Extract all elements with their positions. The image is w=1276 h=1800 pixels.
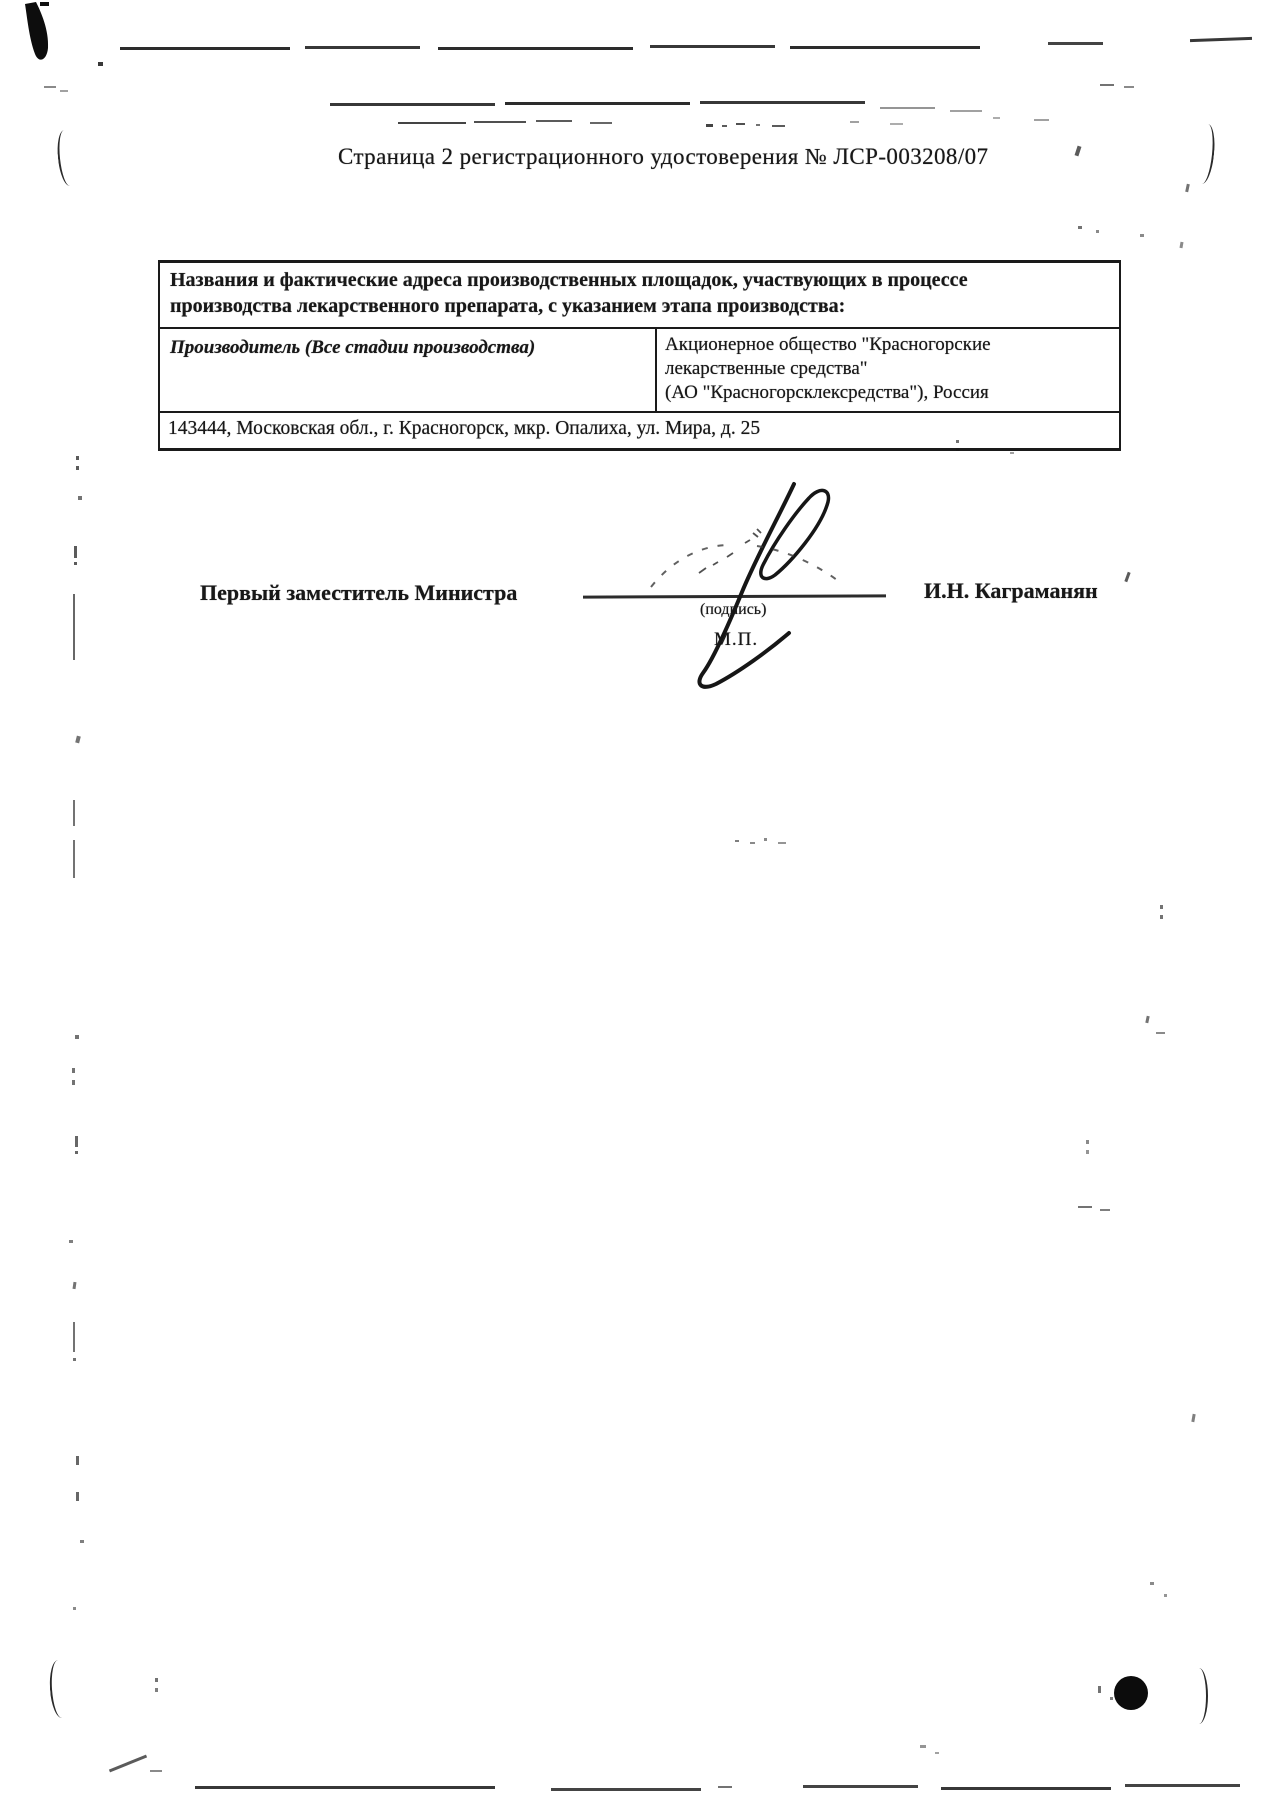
scan-speck: [1180, 242, 1184, 248]
scan-speck: [1160, 905, 1163, 909]
scan-speck: [1100, 84, 1114, 86]
signatory-role-label: Первый заместитель Министра: [200, 580, 517, 606]
scan-speck: [78, 496, 82, 500]
scan-corner-blob: [24, 2, 60, 68]
scan-speck: [880, 107, 935, 109]
scan-speck: [195, 1786, 495, 1789]
scan-speck: [305, 46, 420, 49]
scan-speck: [950, 110, 982, 112]
scan-speck: [1156, 1032, 1165, 1034]
scan-speck: [1078, 1206, 1092, 1208]
scan-speck: [1164, 1594, 1167, 1597]
scan-speck: [73, 1282, 77, 1289]
scan-speck: [706, 124, 713, 127]
scan-speck: [75, 1136, 78, 1147]
scan-speck: [956, 440, 959, 443]
scan-speck: [120, 47, 290, 50]
scan-speck: [1145, 1016, 1149, 1023]
scan-speck: [1075, 146, 1082, 157]
scan-speck: [736, 123, 745, 125]
scan-speck: [935, 1752, 939, 1754]
page-title: Страница 2 регистрационного удостоверени…: [338, 144, 988, 170]
scan-speck: [941, 1787, 1111, 1790]
scan-speck: [75, 736, 81, 744]
scan-speck: [1190, 37, 1252, 42]
table-header: Названия и фактические адреса производст…: [160, 263, 1119, 329]
scan-speck: [1086, 1140, 1089, 1144]
signatory-name: И.Н. Каграманян: [924, 578, 1098, 604]
scan-speck: [109, 1755, 147, 1773]
scan-speck: [993, 117, 1000, 119]
scan-speck: [1140, 234, 1144, 237]
scan-speck: [722, 125, 727, 127]
scan-speck: [750, 842, 755, 844]
scan-speck: [1160, 915, 1163, 919]
scan-speck: [890, 123, 903, 125]
scan-speck: [73, 1322, 75, 1352]
scan-speck: [80, 1540, 84, 1543]
table-row: Производитель (Все стадии производства) …: [160, 329, 1119, 413]
scan-speck: [956, 448, 959, 451]
scanned-document-page: Страница 2 регистрационного удостоверени…: [0, 0, 1276, 1800]
scan-speck: [1124, 572, 1130, 582]
scan-speck: [764, 838, 767, 841]
scan-speck: [735, 840, 739, 842]
scan-speck: [74, 546, 77, 558]
scan-speck: [1110, 1697, 1113, 1700]
producer-name-cell: Акционерное общество "Красногорские лека…: [657, 329, 1119, 411]
scan-speck: [1048, 42, 1103, 45]
scan-speck: [1034, 119, 1049, 121]
scan-speck: [1124, 86, 1134, 88]
scan-speck: [1086, 1150, 1089, 1154]
scan-speck: [73, 1358, 76, 1361]
scan-speck: [73, 594, 75, 660]
scan-speck: [536, 120, 572, 122]
scan-speck: [1185, 184, 1190, 192]
scan-speck: [474, 121, 526, 123]
scan-speck: [44, 86, 56, 88]
scan-speck: [1096, 230, 1099, 233]
scan-speck: [1078, 226, 1082, 229]
scan-paren-right-bottom: [1190, 1668, 1208, 1724]
signature-scribble: [600, 420, 900, 720]
scan-speck: [590, 122, 612, 124]
scan-speck: [75, 1151, 78, 1154]
scan-speck: [756, 124, 760, 126]
scan-speck: [98, 62, 103, 66]
scan-speck: [772, 125, 785, 127]
scan-speck: [551, 1788, 701, 1791]
scan-speck: [438, 47, 633, 50]
producer-stage-cell: Производитель (Все стадии производства): [160, 329, 657, 411]
scan-speck: [69, 1240, 73, 1243]
scan-speck: [150, 1770, 162, 1772]
scan-paren-right-top: [1193, 123, 1217, 185]
scan-speck: [72, 1068, 75, 1073]
scan-speck: [700, 101, 865, 104]
scan-ink-dot: [1114, 1676, 1148, 1710]
scan-paren-left-bottom: [48, 1659, 72, 1718]
scan-speck: [1125, 1784, 1240, 1787]
scan-paren-left-top: [55, 129, 79, 187]
scan-speck: [73, 800, 75, 826]
scan-speck: [1098, 1686, 1101, 1693]
scan-speck: [75, 1035, 79, 1039]
scan-speck: [1150, 1582, 1154, 1585]
scan-speck: [72, 1080, 75, 1085]
scan-speck: [73, 1607, 76, 1610]
scan-speck: [850, 121, 859, 123]
scan-speck: [155, 1688, 158, 1692]
scan-speck: [330, 103, 495, 106]
scan-speck: [1010, 452, 1014, 454]
scan-speck: [505, 102, 690, 105]
scan-speck: [76, 1492, 79, 1501]
scan-speck: [920, 1745, 926, 1748]
scan-speck: [1191, 1414, 1195, 1422]
scan-speck: [803, 1785, 918, 1788]
scan-speck: [155, 1678, 158, 1682]
scan-speck: [76, 456, 79, 460]
scan-speck: [73, 840, 75, 878]
scan-speck: [778, 842, 786, 844]
scan-speck: [650, 45, 775, 48]
scan-speck: [76, 466, 79, 470]
scan-speck: [718, 1786, 732, 1788]
scan-speck: [790, 46, 980, 49]
scan-speck: [76, 1456, 79, 1465]
scan-speck: [60, 90, 68, 92]
scan-speck: [74, 562, 77, 565]
scan-speck: [1100, 1209, 1110, 1211]
scan-speck: [398, 122, 466, 124]
